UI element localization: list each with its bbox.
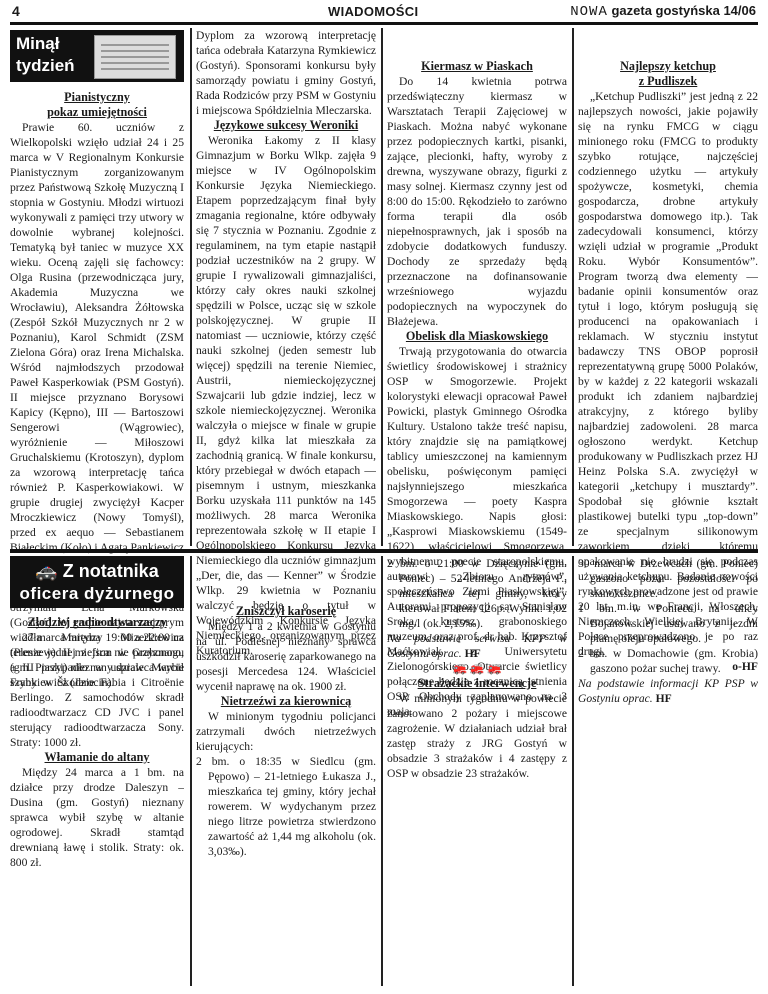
article-weronika: Dyplom za wzorową interpretację tańca od… xyxy=(196,28,376,658)
article-body: 27 marca między 19:00 a 22:00 na terenie… xyxy=(10,630,184,750)
minal-tydzien-banner: Minąłtydzień xyxy=(10,30,184,82)
article-body: Między 1 a 2 kwietnia w Gostyniu na ul. … xyxy=(196,619,376,694)
section-divider xyxy=(10,549,758,553)
list-item: 30 marca w Drzewcach (gm. Poniec) gaszon… xyxy=(578,556,758,601)
article-title: Złodziej radioodtwarzaczy xyxy=(10,615,184,630)
list-item: 2 bm. w Domachowie (gm. Krobia) gaszono … xyxy=(578,646,758,676)
list-item: 2 bm. o 21:00 w Dzięczynie (gm. Poniec) … xyxy=(387,556,567,631)
column-divider xyxy=(572,28,574,546)
paper-issue: gazeta gostyńska 14/06 xyxy=(608,3,756,18)
article-title: Najlepszy ketchup xyxy=(578,59,758,74)
paper-brand: NOWA xyxy=(570,4,608,20)
page-header: 4 WIADOMOŚCI NOWA gazeta gostyńska 14/06 xyxy=(10,0,758,25)
column-divider xyxy=(190,556,192,986)
article-title: Strażackie interwencje xyxy=(387,676,567,691)
article-title: pokaz umiejętności xyxy=(10,105,184,120)
paper-title: NOWA gazeta gostyńska 14/06 xyxy=(570,3,756,20)
police-car-icon: 🚓 xyxy=(35,561,57,581)
banner-title-line2: oficera dyżurnego xyxy=(10,583,184,605)
article-zlodziej: Złodziej radioodtwarzaczy 27 marca międz… xyxy=(10,615,184,870)
article-title: Kiermasz w Piaskach xyxy=(387,59,567,74)
article-straz-cont: 30 marca w Drzewcach (gm. Poniec) gaszon… xyxy=(578,556,758,706)
source-note: Na podstawie serwisu KPP w Gostyniu opra… xyxy=(387,631,567,661)
article-title: Językowe sukcesy Weroniki xyxy=(196,118,376,133)
article-title: Pianistyczny xyxy=(10,90,184,105)
article-title: Zniszczył karoserię xyxy=(196,604,376,619)
article-body: Weronika Łakomy z II klasy Gimnazjum w B… xyxy=(196,133,376,658)
banner-title-line1: 🚓 Z notatnika xyxy=(10,559,184,583)
article-body: Dyplom za wzorową interpretację tańca od… xyxy=(196,28,376,118)
list-item: 1 bm. w Poniecu na ulicy Bojanowskiej us… xyxy=(578,601,758,646)
page-number: 4 xyxy=(12,3,20,19)
calendar-icon xyxy=(94,35,176,79)
column-divider xyxy=(381,28,383,546)
column-divider xyxy=(572,556,574,986)
article-body: Między 24 marca a 1 bm. na działce przy … xyxy=(10,765,184,870)
source-note: Na podstawie informacji KP PSP w Gostyni… xyxy=(578,676,758,706)
article-body: W minionym tygodniu w powiecie zanotowan… xyxy=(387,691,567,781)
article-karoseria: Zniszczył karoserię Między 1 a 2 kwietni… xyxy=(196,604,376,859)
article-nietrzezwi-cont: 2 bm. o 21:00 w Dzięczynie (gm. Poniec) … xyxy=(387,556,567,781)
separator-icons: 🚒 🚒 🚒 xyxy=(387,661,567,676)
article-title: z Pudliszek xyxy=(578,74,758,89)
section-title: WIADOMOŚCI xyxy=(328,4,418,19)
banner-title: Minąłtydzień xyxy=(16,33,75,77)
column-divider xyxy=(190,28,192,546)
article-title: Nietrzeźwi za kierownicą xyxy=(196,694,376,709)
article-title: Obelisk dla Miaskowskiego xyxy=(387,329,567,344)
notatnik-banner: 🚓 Z notatnika oficera dyżurnego xyxy=(10,556,184,608)
list-item: 2 bm. o 18:35 w Siedlcu (gm. Pępowo) – 2… xyxy=(196,754,376,859)
article-body: Do 14 kwietnia potrwa przedświąteczny ki… xyxy=(387,74,567,329)
article-body: W minionym tygodniu policjanci zatrzymal… xyxy=(196,709,376,754)
article-title: Włamanie do altany xyxy=(10,750,184,765)
column-divider xyxy=(381,556,383,986)
